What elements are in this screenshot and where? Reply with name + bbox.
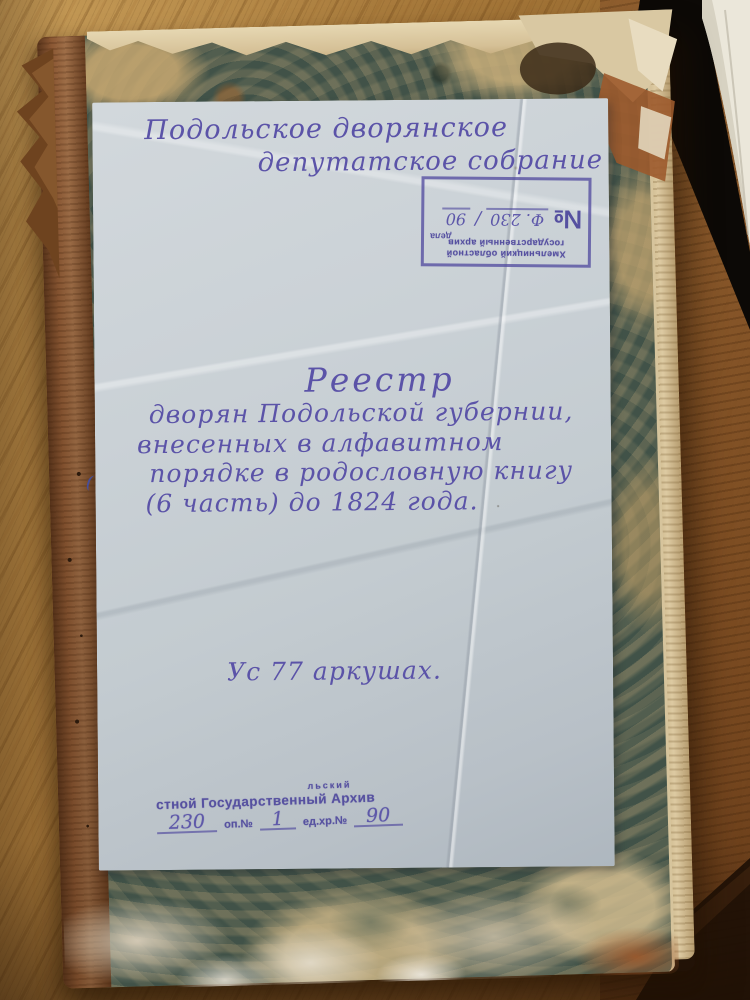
body-line-1: дворян Подольской губернии, [149, 396, 574, 429]
stamp-org-line-1: Хмельницкий областной [427, 247, 585, 259]
body-line-4: (6 часть) до 1824 года. [145, 486, 478, 518]
stamp-dela-label: дела [430, 231, 452, 241]
sheets-count-note: Ус 77 аркушах. [227, 656, 442, 687]
header-line-1: Подольское дворянское [144, 112, 508, 146]
stamp-op-label: оп.№ [224, 818, 253, 832]
body-line-3: порядке в родословную книгу [149, 455, 573, 488]
archive-stamp-top-inverted: Хмельницкий областной государственный ар… [421, 176, 592, 267]
stamp-fond-handwritten: Ф. 230 [486, 208, 548, 229]
paper-label: Подольское дворянское депутатское собран… [92, 98, 615, 870]
stamp-slash: / [475, 208, 481, 229]
stamp-ed-value: 90 [354, 807, 403, 828]
stamp-delo-handwritten: 90 [442, 207, 471, 227]
header-line-2: депутатское собрание [258, 145, 604, 178]
archive-book: Подольское дворянское депутатское собран… [37, 19, 695, 988]
stamp-ed-label: ед.хр.№ [303, 815, 348, 830]
stamp-op-value: 1 [259, 810, 296, 830]
stamp-number-symbol: № [553, 208, 582, 230]
register-title: Реестр [304, 359, 455, 399]
torn-leather-flaps-left [9, 49, 61, 280]
photo-root: Подольское дворянское депутатское собран… [0, 0, 750, 1000]
body-line-2: внесенных в алфавитном [137, 427, 504, 459]
stamp-fond-value: 230 [157, 813, 218, 834]
archive-stamp-bottom: льский стной Государственный Архив 230 о… [156, 775, 477, 834]
